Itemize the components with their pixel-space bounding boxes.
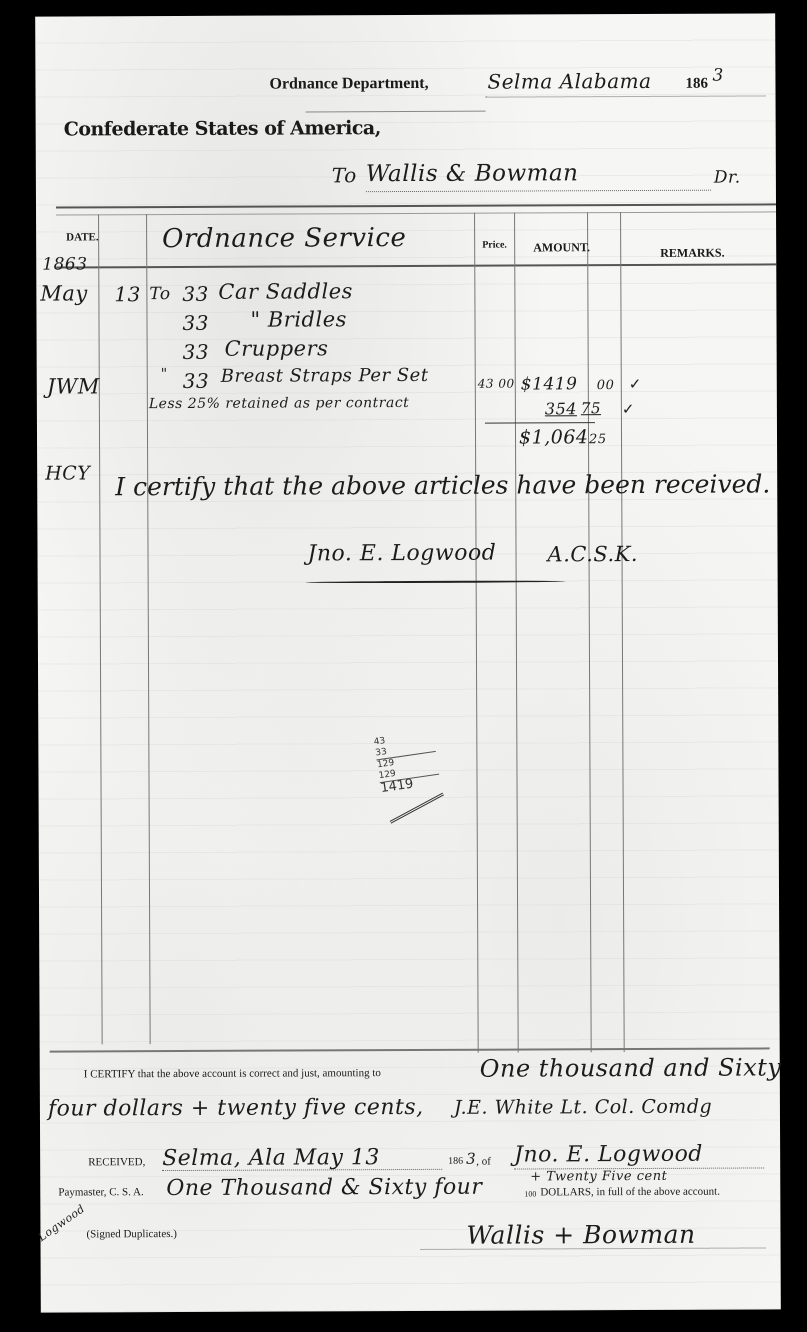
total-amount: $1,064 [519,426,589,448]
table-row: Less 25% retained as per contract 354 75… [35,13,775,16]
total-cents: 25 [589,432,607,447]
row-item: " Bridles [250,307,346,331]
row-prefix: " [161,366,168,382]
received-place-date: Selma, Ala May 13 [162,1145,380,1171]
government-title: Confederate States of America, [64,117,381,140]
year-printed: 186 [685,76,708,93]
payee-signature-line [421,1247,766,1250]
col-header-price: Price. [482,240,507,251]
footer-rule [50,1047,770,1052]
entry-month: May [40,281,87,305]
row-price: 43 00 [478,377,515,391]
table-top-rule [56,203,776,208]
table-row: " 33 Breast Straps Per Set 43 00 $1419 0… [35,13,775,16]
table-row: To 33 Car Saddles [35,13,775,16]
checkmark-icon: ✓ [629,375,642,393]
signed-duplicates-label: (Signed Duplicates.) [86,1228,176,1240]
row-item: Cruppers [225,336,329,360]
row-item: Less 25% retained as per contract [149,395,409,412]
received-year-printed: 186 [448,1156,463,1167]
row-amount: 354 [545,399,577,418]
received-year-digit: 3 [466,1150,476,1168]
row-qty: 33 [183,369,210,393]
amount-words-line1: One thousand and Sixty [480,1053,782,1082]
col-header-amount: AMOUNT. [533,240,590,255]
col-header-remarks: REMARKS. [660,246,724,261]
col-divider-date-day [98,214,103,1044]
row-prefix: To [149,284,170,304]
cents-words: + Twenty Five cent [530,1169,667,1185]
margin-calculation: 43 33 129 129 1419 [373,729,444,815]
of-label: , of [476,1156,491,1168]
paymaster-label: Paymaster, C. S. A. [58,1186,143,1198]
entry-day: 13 [114,282,141,306]
approver-signature: J.E. White Lt. Col. Comdg [454,1096,712,1119]
table-row: 33 " Bridles [35,13,775,16]
col-header-date: DATE. [66,231,99,243]
row-qty: 33 [182,311,209,335]
dollars-label: DOLLARS, in full of the above account. [540,1186,720,1199]
row-qty: 33 [182,282,209,306]
certifier-title: A.C.S.K. [547,542,638,566]
payee-underline [366,190,711,193]
payee-handwritten: Wallis & Bowman [366,160,579,187]
table-top-rule-thin [56,211,776,215]
table-row: 33 Cruppers [35,13,775,16]
certifier-signature: Jno. E. Logwood [307,541,496,567]
payee-signature: Wallis + Bowman [466,1220,695,1250]
col-divider-desc-price [474,213,479,1053]
place-handwritten: Selma Alabama [487,69,651,94]
certify-printed-text: I CERTIFY that the above account is corr… [84,1067,381,1080]
row-cents: 00 [597,378,615,393]
amount-words-line2: four dollars + twenty five cents, [48,1095,424,1122]
department-label: Ordnance Department, [269,75,428,94]
row-item: Car Saddles [218,279,353,304]
col-divider-amount-cents [587,212,592,1052]
margin-signature: Logwood [36,1202,88,1244]
col-divider-price-amount [514,213,519,1053]
articles-received-certification: I certify that the above articles have b… [115,469,770,501]
received-label: RECEIVED, [88,1156,145,1168]
row-item: Breast Straps Per Set [221,365,429,387]
col-divider-date-desc [146,214,151,1044]
col-header-description: Ordnance Service [162,223,406,254]
subtotal-rule [485,422,595,423]
paymaster-name: Jno. E. Logwood [514,1142,703,1168]
col-divider-cents-remarks [620,212,625,1052]
ordnance-voucher-document: Ordnance Department, Selma Alabama 186 3… [35,13,781,1312]
checkmark-icon: ✓ [622,400,635,418]
signature-flourish [306,580,566,583]
initials-hcy: HCY [45,462,90,484]
row-qty: 33 [183,340,210,364]
dr-label: Dr. [714,168,741,188]
to-prefix: To [332,163,357,187]
row-cents: 75 [581,399,601,417]
received-underline [162,1169,442,1171]
header-ornament-rule [306,111,486,113]
year-handwritten-digit: 3 [712,66,723,86]
initials-jwm: JWM [47,374,100,398]
entry-year: 1863 [42,254,87,274]
hundredths-label: 100 [524,1189,536,1198]
sum-words: One Thousand & Sixty four [166,1175,482,1201]
row-amount: $1419 [521,374,578,394]
place-underline [486,95,766,97]
header-bottom-rule [56,263,776,268]
